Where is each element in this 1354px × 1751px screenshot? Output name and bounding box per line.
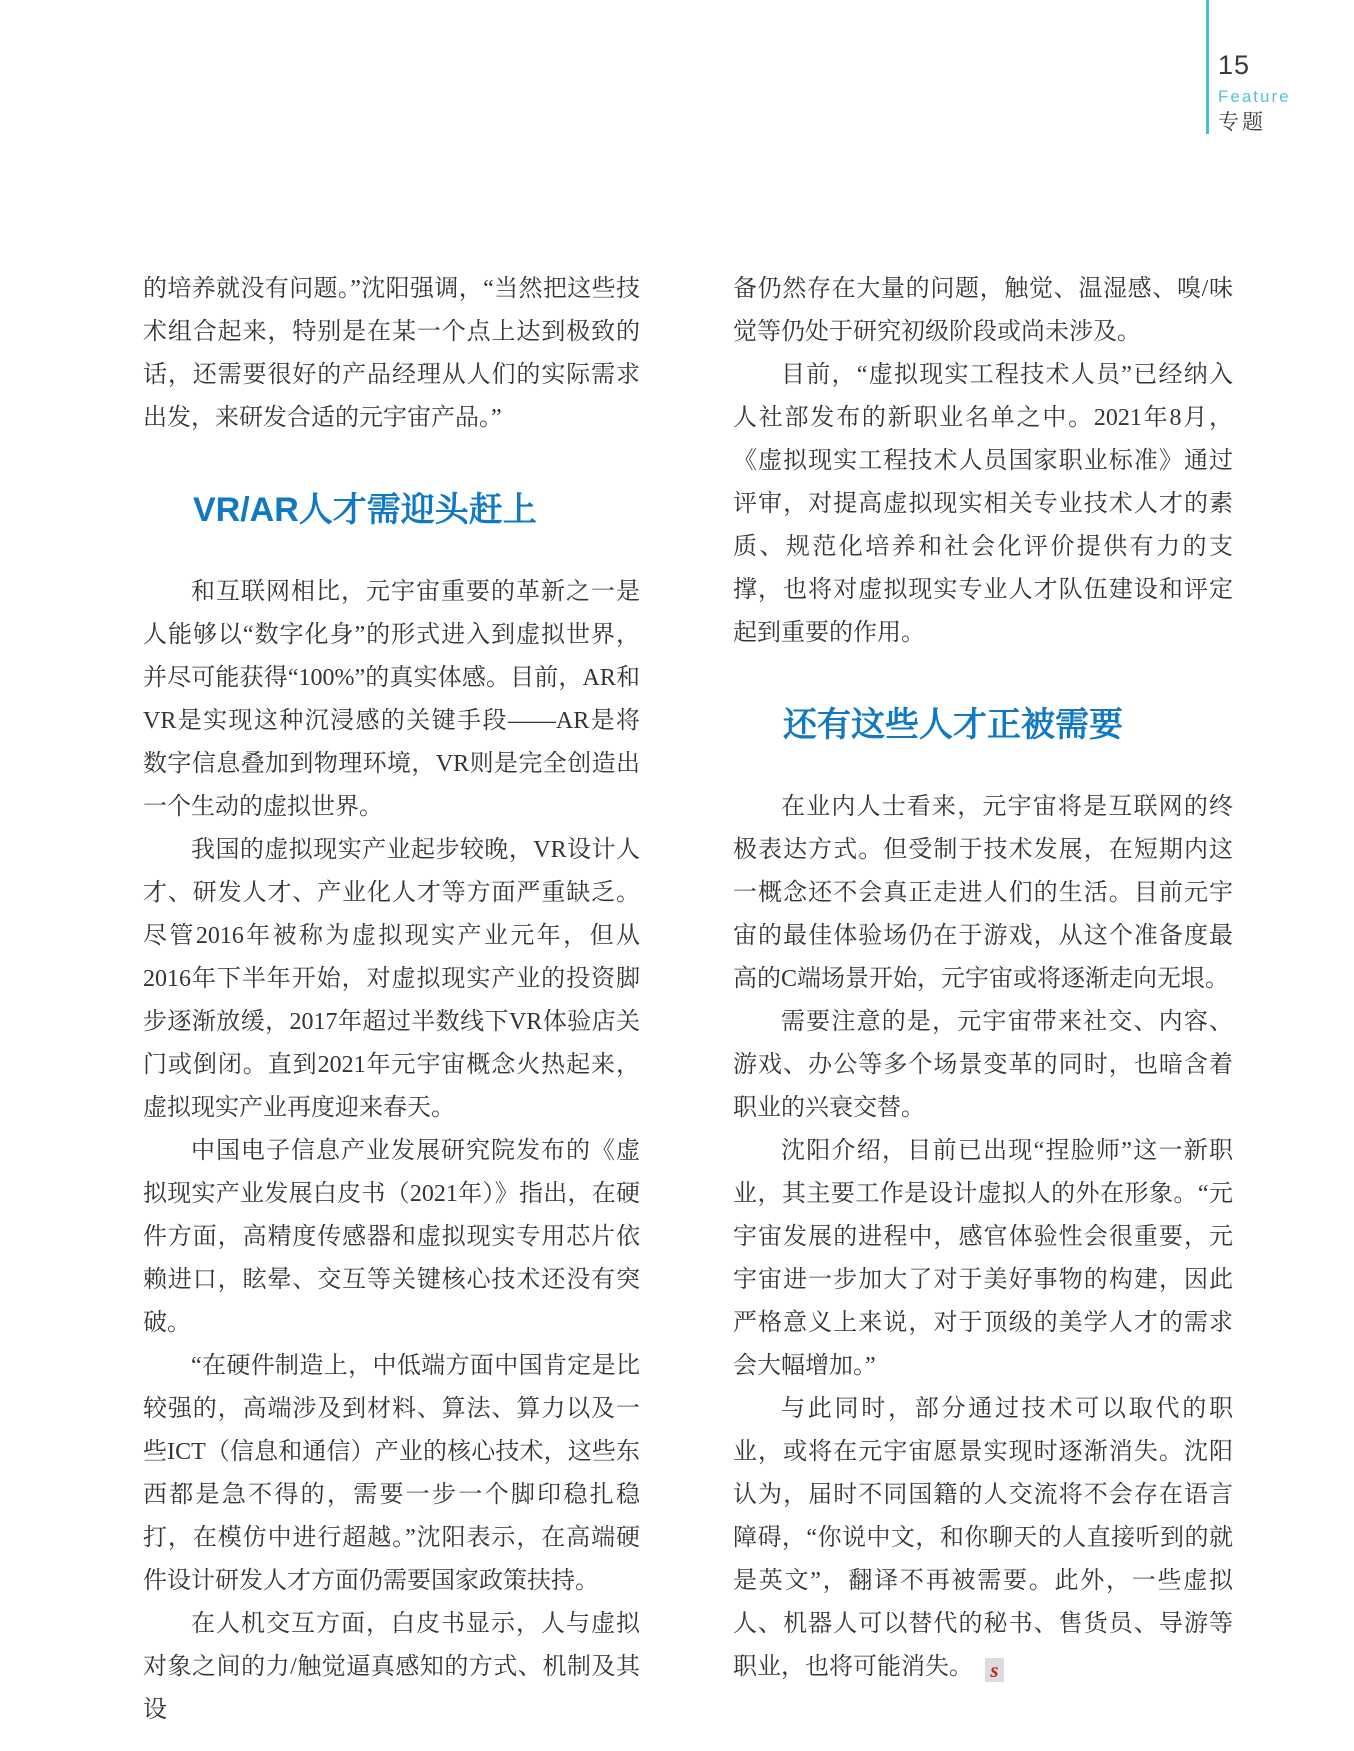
paragraph: 沈阳介绍，目前已出现“捏脸师”这一新职业，其主要工作是设计虚拟人的外在形象。“元… xyxy=(733,1130,1233,1388)
page-corner-header: 15 Feature 专题 xyxy=(1218,52,1291,133)
paragraph: 目前，“虚拟现实工程技术人员”已经纳入人社部发布的新职业名单之中。2021年8月… xyxy=(733,354,1233,655)
page-number: 15 xyxy=(1218,52,1291,79)
paragraph: 和互联网相比，元宇宙重要的革新之一是人能够以“数字化身”的形式进入到虚拟世界，并… xyxy=(143,571,640,829)
paragraph: 我国的虚拟现实产业起步较晚，VR设计人才、研发人才、产业化人才等方面严重缺乏。尽… xyxy=(143,829,640,1130)
paragraph: 需要注意的是，元宇宙带来社交、内容、游戏、办公等多个场景变革的同时，也暗含着职业… xyxy=(733,1001,1233,1130)
section-label-en: Feature xyxy=(1218,88,1291,105)
section-heading-talent: 还有这些人才正被需要 xyxy=(783,705,1233,745)
article-end-mark: s xyxy=(985,1658,1004,1682)
right-column: 备仍然存在大量的问题，触觉、温湿感、嗅/味觉等仍处于研究初级阶段或尚未涉及。 目… xyxy=(733,268,1233,1732)
paragraph: 与此同时，部分通过技术可以取代的职业，或将在元宇宙愿景实现时逐渐消失。沈阳认为，… xyxy=(733,1388,1233,1689)
article-body: 的培养就没有问题。”沈阳强调，“当然把这些技术组合起来，特别是在某一个点上达到极… xyxy=(143,268,1233,1732)
header-accent-rule xyxy=(1206,0,1209,134)
paragraph: 中国电子信息产业发展研究院发布的《虚拟现实产业发展白皮书（2021年）》指出，在… xyxy=(143,1130,640,1345)
paragraph-text: 与此同时，部分通过技术可以取代的职业，或将在元宇宙愿景实现时逐渐消失。沈阳认为，… xyxy=(733,1396,1233,1680)
section-label-zh: 专题 xyxy=(1218,112,1291,133)
paragraph: 的培养就没有问题。”沈阳强调，“当然把这些技术组合起来，特别是在某一个点上达到极… xyxy=(143,268,640,440)
paragraph: “在硬件制造上，中低端方面中国肯定是比较强的，高端涉及到材料、算法、算力以及一些… xyxy=(143,1345,640,1603)
section-heading-vr-ar: VR/AR人才需迎头赶上 xyxy=(193,490,640,530)
paragraph: 在人机交互方面，白皮书显示，人与虚拟对象之间的力/触觉逼真感知的方式、机制及其设 xyxy=(143,1603,640,1732)
left-column: 的培养就没有问题。”沈阳强调，“当然把这些技术组合起来，特别是在某一个点上达到极… xyxy=(143,268,640,1732)
paragraph: 在业内人士看来，元宇宙将是互联网的终极表达方式。但受制于技术发展，在短期内这一概… xyxy=(733,786,1233,1001)
paragraph: 备仍然存在大量的问题，触觉、温湿感、嗅/味觉等仍处于研究初级阶段或尚未涉及。 xyxy=(733,268,1233,354)
